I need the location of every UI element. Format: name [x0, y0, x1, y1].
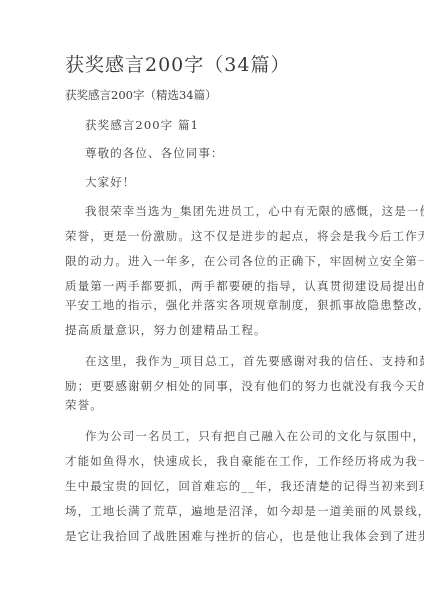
paragraph-line: 励；更要感谢朝夕相处的同事，没有他们的努力也就没有我今天的 — [65, 378, 424, 394]
salutation: 尊敬的各位、各位同事： — [85, 145, 224, 161]
greeting: 大家好！ — [85, 174, 135, 190]
document-title: 获奖感言200字（34篇） — [65, 50, 290, 77]
paragraph-line: 生中最宝贵的回忆，回首难忘的__年，我还清楚的记得当初来到现 — [65, 478, 424, 494]
paragraph-line: 我很荣幸当选为_集团先进员工，心中有无限的感慨，这是一份 — [85, 203, 424, 219]
paragraph-line: 荣誉，更是一份激励。这不仅是进步的起点，将会是我今后工作无 — [65, 228, 424, 244]
paragraph-line: 在这里，我作为_项目总工，首先要感谢对我的信任、支持和鼓 — [85, 353, 424, 369]
paragraph-line: 平安工地的指示，强化并落实各项规章制度，狠抓事故隐患整改， — [65, 297, 424, 313]
paragraph-line: 场，工地长满了荒草，遍地是沼泽，如今却是一道美丽的风景线， — [65, 503, 424, 519]
paragraph-line: 荣誉。 — [65, 397, 103, 413]
section-heading: 获奖感言200字 篇1 — [85, 117, 199, 133]
paragraph-line: 限的动力。进入一年多，在公司各位的正确下，牢固树立安全第一， — [65, 253, 424, 269]
paragraph-line: 提高质量意识，努力创建精品工程。 — [65, 322, 267, 338]
paragraph-line: 作为公司一名员工，只有把自己融入在公司的文化与氛围中， — [85, 428, 424, 444]
paragraph-line: 才能如鱼得水，快速成长，我自豪能在工作，工作经历将成为我一 — [65, 453, 424, 469]
paragraph-line: 是它让我拾回了战胜困难与挫折的信心，也是他让我体会到了进步 — [65, 528, 424, 544]
document-subtitle: 获奖感言200字（精选34篇） — [65, 87, 217, 103]
paragraph-line: 质量第一两手都要抓，两手都要硬的指导，认真贯彻建设局提出的 — [65, 278, 424, 294]
document-page: 获奖感言200字（34篇） 获奖感言200字（精选34篇） 获奖感言200字 篇… — [0, 0, 424, 600]
